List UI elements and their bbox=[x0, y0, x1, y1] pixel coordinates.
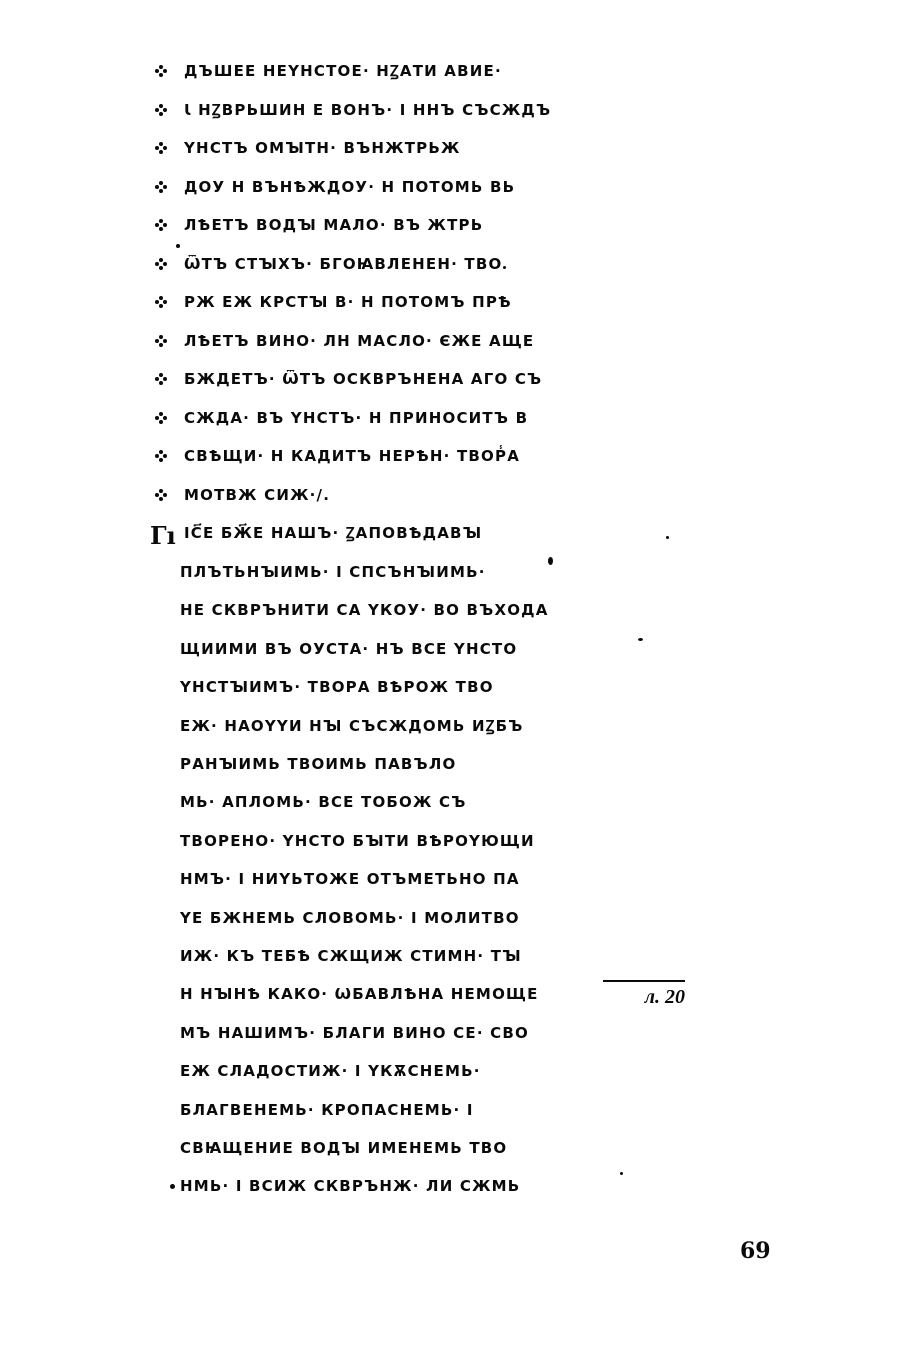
rubric-line: сжда· Въ үнстъ· Н приноситъ в bbox=[184, 408, 528, 428]
quatrefoil-bullet-icon bbox=[155, 104, 167, 116]
quatrefoil-bullet-icon bbox=[155, 412, 167, 424]
folio-label: л. 20 bbox=[603, 986, 685, 1009]
quatrefoil-bullet-icon bbox=[155, 450, 167, 462]
scan-speck bbox=[503, 266, 506, 269]
prayer-line: мь· апломь· Все тобож съ bbox=[180, 792, 467, 812]
prayer-line: нмь· ι всиж скврънж· ли сжмь bbox=[180, 1176, 520, 1196]
prayer-first-line: Іс҃е бж҃е нашъ· ꙁаповѣдавꙑ bbox=[184, 523, 482, 543]
prayer-line: мъ нашимъ· благи вино се· сво bbox=[180, 1023, 529, 1043]
scan-speck bbox=[620, 1172, 623, 1175]
quatrefoil-bullet-icon bbox=[155, 373, 167, 385]
rubric-line: дъшее неүнстое· Нꙁати авие· bbox=[184, 61, 502, 81]
scan-speck bbox=[548, 557, 553, 565]
rubric-line: Ꙇ нꙁврьшин е вонъ· ι ннъ съсждъ bbox=[184, 100, 551, 120]
prayer-initial: Гı bbox=[150, 521, 176, 550]
line-dot-icon bbox=[170, 1184, 175, 1189]
rubric-line: лѣетъ водꙑ мало· Въ жтрь bbox=[184, 215, 483, 235]
prayer-line: не скврънити са үкоу· Во въхода bbox=[180, 600, 549, 620]
scan-speck bbox=[638, 638, 643, 641]
rubric-line: үнстъ омꙑтн· Вънжтрьж bbox=[184, 138, 461, 158]
rubric-line: свѣщи· Н кадитъ нерѣн· твор̾а bbox=[184, 446, 520, 466]
rubric-line: доу н вънѣждоу· Н потомь вь bbox=[184, 177, 515, 197]
prayer-line: ранꙑимь твоимь павъло bbox=[180, 754, 456, 774]
prayer-line: творено· Үнсто бꙑти вѣроүющи bbox=[180, 831, 535, 851]
quatrefoil-bullet-icon bbox=[155, 335, 167, 347]
quatrefoil-bullet-icon bbox=[155, 181, 167, 193]
rubric-line: Мотвж сиж·/. bbox=[184, 485, 330, 505]
prayer-line: үнстꙑимъ· твора вѣрож тво bbox=[180, 677, 494, 697]
prayer-line: н нꙑнѣ како· ѡбавлѣна немоще bbox=[180, 984, 539, 1004]
prayer-line: еж сладостиж· ι үкѫснемь· bbox=[180, 1061, 481, 1081]
prayer-line: свꙗщение водꙑ именемь тво bbox=[180, 1138, 507, 1158]
prayer-line: иж· къ тебѣ сжщиж стимн· Тꙑ bbox=[180, 946, 522, 966]
quatrefoil-bullet-icon bbox=[155, 65, 167, 77]
quatrefoil-bullet-icon bbox=[155, 489, 167, 501]
manuscript-page: дъшее неүнстое· Нꙁати авие·Ꙇ нꙁврьшин е … bbox=[0, 0, 900, 1371]
rubric-line: бждетъ· ѿтъ оскврънена аго съ bbox=[184, 369, 542, 389]
rubric-line: лѣетъ вино· Лн масло· Єже аще bbox=[184, 331, 534, 351]
page-number: 69 bbox=[740, 1238, 771, 1264]
prayer-line: үе бжнемь словомь· ι молитво bbox=[180, 908, 520, 928]
prayer-line: благвенемь· кропаснемь· ι bbox=[180, 1100, 474, 1120]
prayer-line: еж· наоүүи нꙑ съсждомь иꙁбъ bbox=[180, 716, 524, 736]
prayer-line: нмъ· ι ниүьтоже отъметьно па bbox=[180, 869, 520, 889]
rubric-line: рж еж крстꙑ в· Н потомъ прѣ bbox=[184, 292, 512, 312]
prayer-line: щиими въ оуста· нъ все үнсто bbox=[180, 639, 517, 659]
scan-speck bbox=[176, 244, 180, 248]
quatrefoil-bullet-icon bbox=[155, 142, 167, 154]
quatrefoil-bullet-icon bbox=[155, 258, 167, 270]
quatrefoil-bullet-icon bbox=[155, 296, 167, 308]
prayer-line: плътьнꙑимь· ι спсънꙑимь· bbox=[180, 562, 486, 582]
scan-speck bbox=[666, 536, 669, 539]
folio-marker: л. 20 bbox=[603, 980, 685, 1009]
quatrefoil-bullet-icon bbox=[155, 219, 167, 231]
folio-rule bbox=[603, 980, 685, 982]
rubric-line: ѿтъ стꙑхъ· бгоꙗвленен· тво bbox=[184, 254, 502, 274]
